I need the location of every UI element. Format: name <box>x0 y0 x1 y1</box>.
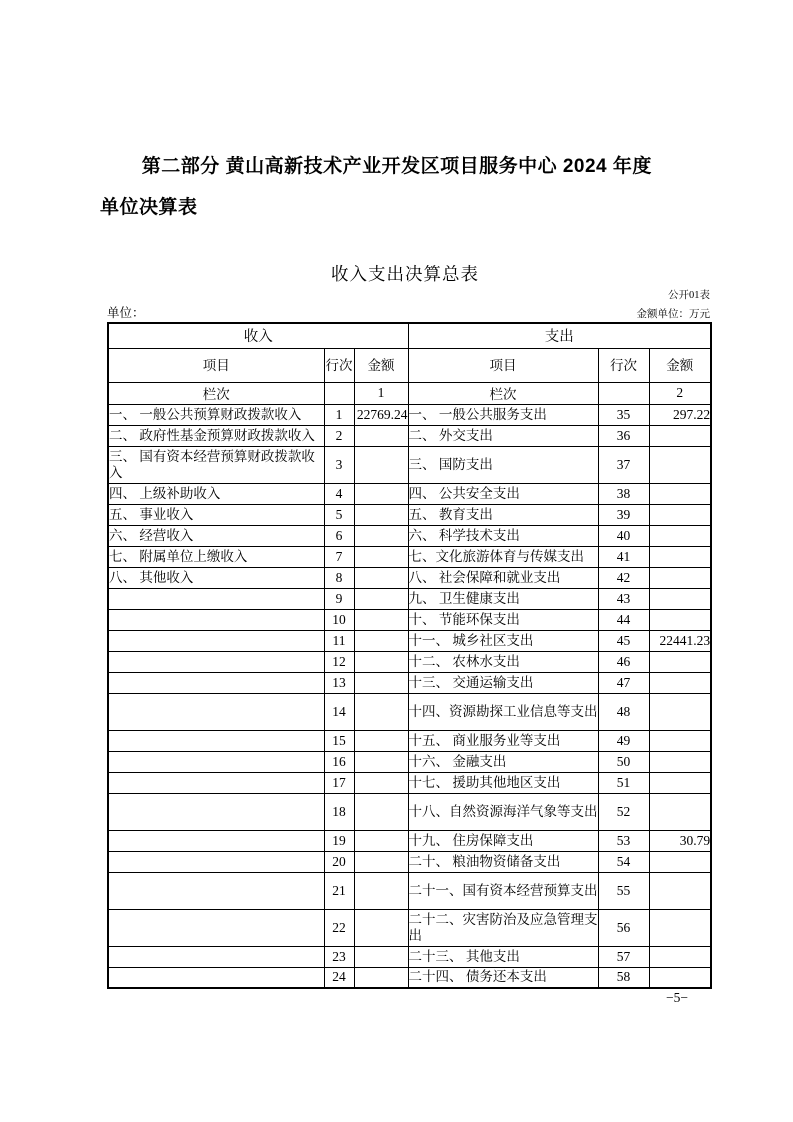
income-item-cell <box>108 693 324 730</box>
income-column-number: 1 <box>354 382 408 404</box>
income-item-cell <box>108 872 324 909</box>
income-item-cell: 六、 经营收入 <box>108 525 324 546</box>
expense-row-no-cell: 46 <box>598 651 649 672</box>
expense-row-no-cell: 44 <box>598 609 649 630</box>
income-amount-cell <box>354 525 408 546</box>
income-item-cell: 八、 其他收入 <box>108 567 324 588</box>
table-row: 9 九、 卫生健康支出 43 <box>108 588 711 609</box>
expense-item-cell: 二十二、灾害防治及应急管理支出 <box>408 909 598 946</box>
expense-amount-cell: 297.22 <box>649 404 711 425</box>
expense-row-no-cell: 51 <box>598 772 649 793</box>
expense-item-cell: 八、 社会保障和就业支出 <box>408 567 598 588</box>
income-amount-cell <box>354 730 408 751</box>
expense-row-no-cell: 45 <box>598 630 649 651</box>
income-column-index-label: 栏次 <box>108 382 324 404</box>
income-row-no-cell: 3 <box>324 446 354 483</box>
expense-amount-cell <box>649 851 711 872</box>
expense-item-cell: 二十一、国有资本经营预算支出 <box>408 872 598 909</box>
table-row: 10 十、 节能环保支出 44 <box>108 609 711 630</box>
income-row-no-cell: 18 <box>324 793 354 830</box>
expense-row-no-cell: 57 <box>598 946 649 967</box>
income-item-cell <box>108 651 324 672</box>
income-amount-cell <box>354 872 408 909</box>
income-item-cell <box>108 793 324 830</box>
expense-amount-cell <box>649 525 711 546</box>
income-amount-cell <box>354 946 408 967</box>
income-amount-cell <box>354 425 408 446</box>
expense-item-cell: 十九、 住房保障支出 <box>408 830 598 851</box>
expense-row-no-cell: 35 <box>598 404 649 425</box>
expense-item-cell: 二十、 粮油物资储备支出 <box>408 851 598 872</box>
table-row: 19 十九、 住房保障支出 53 30.79 <box>108 830 711 851</box>
expense-amount-cell <box>649 504 711 525</box>
expense-row-no-cell: 53 <box>598 830 649 851</box>
column-index-row: 栏次 1 栏次 2 <box>108 382 711 404</box>
expense-amount-cell <box>649 772 711 793</box>
table-body: 一、 一般公共预算财政拨款收入 1 22769.24 一、 一般公共服务支出 3… <box>108 404 711 988</box>
expense-row-no-cell: 49 <box>598 730 649 751</box>
income-item-cell <box>108 751 324 772</box>
expense-section-header: 支出 <box>408 323 711 348</box>
expense-column-number: 2 <box>649 382 711 404</box>
income-row-no-cell: 10 <box>324 609 354 630</box>
income-item-cell <box>108 672 324 693</box>
income-row-no-cell: 24 <box>324 967 354 988</box>
table-row: 11 十一、 城乡社区支出 45 22441.23 <box>108 630 711 651</box>
expense-item-cell: 四、 公共安全支出 <box>408 483 598 504</box>
expense-column-index-label: 栏次 <box>408 382 598 404</box>
expense-item-cell: 十八、自然资源海洋气象等支出 <box>408 793 598 830</box>
income-row-no-cell: 23 <box>324 946 354 967</box>
income-amount-header: 金额 <box>354 348 408 382</box>
expense-row-no-cell: 48 <box>598 693 649 730</box>
expense-amount-cell <box>649 872 711 909</box>
expense-row-no-cell: 52 <box>598 793 649 830</box>
income-amount-cell <box>354 609 408 630</box>
income-row-no-cell: 9 <box>324 588 354 609</box>
table-row: 三、 国有资本经营预算财政拨款收入 3 三、 国防支出 37 <box>108 446 711 483</box>
table-row: 24 二十四、 债务还本支出 58 <box>108 967 711 988</box>
table-row: 17 十七、 援助其他地区支出 51 <box>108 772 711 793</box>
income-amount-cell <box>354 672 408 693</box>
income-row-no-cell: 4 <box>324 483 354 504</box>
expense-amount-cell <box>649 793 711 830</box>
income-item-cell: 七、 附属单位上缴收入 <box>108 546 324 567</box>
income-row-no-cell: 19 <box>324 830 354 851</box>
income-amount-cell <box>354 651 408 672</box>
expense-item-cell: 十六、 金融支出 <box>408 751 598 772</box>
income-row-no-cell: 15 <box>324 730 354 751</box>
form-number-label: 公开01表 <box>100 287 710 302</box>
income-row-no-cell: 2 <box>324 425 354 446</box>
income-item-cell <box>108 630 324 651</box>
income-amount-cell <box>354 851 408 872</box>
expense-item-cell: 十四、资源勘探工业信息等支出 <box>408 693 598 730</box>
expense-amount-cell <box>649 946 711 967</box>
income-row-no-cell: 17 <box>324 772 354 793</box>
income-row-no-cell: 22 <box>324 909 354 946</box>
expense-item-cell: 十三、 交通运输支出 <box>408 672 598 693</box>
income-amount-cell <box>354 504 408 525</box>
income-amount-cell <box>354 793 408 830</box>
expense-amount-cell <box>649 693 711 730</box>
table-row: 五、 事业收入 5 五、 教育支出 39 <box>108 504 711 525</box>
income-item-cell <box>108 851 324 872</box>
expense-row-no-cell: 41 <box>598 546 649 567</box>
table-row: 一、 一般公共预算财政拨款收入 1 22769.24 一、 一般公共服务支出 3… <box>108 404 711 425</box>
expense-item-cell: 十一、 城乡社区支出 <box>408 630 598 651</box>
income-item-cell <box>108 609 324 630</box>
table-row: 六、 经营收入 6 六、 科学技术支出 40 <box>108 525 711 546</box>
expense-row-no-cell: 56 <box>598 909 649 946</box>
income-amount-cell <box>354 630 408 651</box>
income-row-no-cell: 14 <box>324 693 354 730</box>
table-row: 八、 其他收入 8 八、 社会保障和就业支出 42 <box>108 567 711 588</box>
table-title: 收入支出决算总表 <box>100 261 710 286</box>
income-amount-cell <box>354 446 408 483</box>
income-amount-cell <box>354 567 408 588</box>
expense-row-no-cell: 50 <box>598 751 649 772</box>
income-amount-cell <box>354 772 408 793</box>
income-item-cell: 二、 政府性基金预算财政拨款收入 <box>108 425 324 446</box>
income-row-no-cell: 6 <box>324 525 354 546</box>
expense-amount-cell <box>649 730 711 751</box>
income-amount-cell <box>354 967 408 988</box>
expense-item-cell: 二十三、 其他支出 <box>408 946 598 967</box>
income-row-no-cell: 1 <box>324 404 354 425</box>
table-row: 22 二十二、灾害防治及应急管理支出 56 <box>108 909 711 946</box>
expense-row-no-cell: 42 <box>598 567 649 588</box>
income-row-no-cell: 21 <box>324 872 354 909</box>
table-row: 14 十四、资源勘探工业信息等支出 48 <box>108 693 711 730</box>
income-item-cell <box>108 909 324 946</box>
expense-amount-cell <box>649 446 711 483</box>
income-amount-cell <box>354 830 408 851</box>
expense-amount-cell <box>649 651 711 672</box>
expense-item-cell: 十五、 商业服务业等支出 <box>408 730 598 751</box>
income-item-cell <box>108 830 324 851</box>
income-item-header: 项目 <box>108 348 324 382</box>
income-item-cell: 三、 国有资本经营预算财政拨款收入 <box>108 446 324 483</box>
amount-unit-label: 金额单位：万元 <box>100 306 710 321</box>
income-row-no-cell: 13 <box>324 672 354 693</box>
expense-amount-cell <box>649 546 711 567</box>
expense-item-cell: 十七、 援助其他地区支出 <box>408 772 598 793</box>
document-title-line2: 单位决算表 <box>100 187 690 228</box>
expense-item-header: 项目 <box>408 348 598 382</box>
expense-item-cell: 二十四、 债务还本支出 <box>408 967 598 988</box>
income-item-cell <box>108 967 324 988</box>
document-title: 第二部分 黄山高新技术产业开发区项目服务中心 2024 年度 单位决算表 <box>100 146 690 228</box>
expense-amount-cell <box>649 672 711 693</box>
income-row-no-blank <box>324 382 354 404</box>
expense-row-no-cell: 54 <box>598 851 649 872</box>
expense-amount-cell <box>649 751 711 772</box>
page-number: −5− <box>100 990 710 1006</box>
table-row: 四、 上级补助收入 4 四、 公共安全支出 38 <box>108 483 711 504</box>
expense-item-cell: 九、 卫生健康支出 <box>408 588 598 609</box>
income-amount-cell <box>354 909 408 946</box>
income-item-cell: 一、 一般公共预算财政拨款收入 <box>108 404 324 425</box>
expense-row-no-cell: 47 <box>598 672 649 693</box>
income-item-cell <box>108 946 324 967</box>
table-row: 12 十二、 农林水支出 46 <box>108 651 711 672</box>
income-amount-cell <box>354 546 408 567</box>
expense-amount-cell <box>649 483 711 504</box>
income-row-no-cell: 11 <box>324 630 354 651</box>
section-header-row: 收入 支出 <box>108 323 711 348</box>
expense-item-cell: 六、 科学技术支出 <box>408 525 598 546</box>
expense-row-no-header: 行次 <box>598 348 649 382</box>
expense-item-cell: 二、 外交支出 <box>408 425 598 446</box>
income-row-no-cell: 20 <box>324 851 354 872</box>
table-row: 二、 政府性基金预算财政拨款收入 2 二、 外交支出 36 <box>108 425 711 446</box>
income-expense-summary-table: 收入 支出 项目 行次 金额 项目 行次 金额 栏次 1 栏次 2 一、 一般公… <box>107 322 712 989</box>
income-row-no-cell: 5 <box>324 504 354 525</box>
income-row-no-cell: 7 <box>324 546 354 567</box>
income-row-no-cell: 16 <box>324 751 354 772</box>
expense-amount-cell <box>649 425 711 446</box>
expense-amount-cell <box>649 967 711 988</box>
column-header-row: 项目 行次 金额 项目 行次 金额 <box>108 348 711 382</box>
expense-amount-header: 金额 <box>649 348 711 382</box>
income-item-cell <box>108 772 324 793</box>
table-row: 21 二十一、国有资本经营预算支出 55 <box>108 872 711 909</box>
expense-item-cell: 十、 节能环保支出 <box>408 609 598 630</box>
income-amount-cell <box>354 751 408 772</box>
expense-row-no-cell: 58 <box>598 967 649 988</box>
expense-amount-cell: 22441.23 <box>649 630 711 651</box>
table-row: 18 十八、自然资源海洋气象等支出 52 <box>108 793 711 830</box>
income-row-no-header: 行次 <box>324 348 354 382</box>
table-row: 15 十五、 商业服务业等支出 49 <box>108 730 711 751</box>
expense-amount-cell <box>649 909 711 946</box>
income-item-cell: 五、 事业收入 <box>108 504 324 525</box>
expense-row-no-cell: 39 <box>598 504 649 525</box>
income-amount-cell: 22769.24 <box>354 404 408 425</box>
table-row: 七、 附属单位上缴收入 7 七、文化旅游体育与传媒支出 41 <box>108 546 711 567</box>
expense-item-cell: 七、文化旅游体育与传媒支出 <box>408 546 598 567</box>
income-row-no-cell: 8 <box>324 567 354 588</box>
expense-amount-cell <box>649 567 711 588</box>
expense-amount-cell <box>649 588 711 609</box>
income-row-no-cell: 12 <box>324 651 354 672</box>
expense-item-cell: 一、 一般公共服务支出 <box>408 404 598 425</box>
expense-row-no-cell: 55 <box>598 872 649 909</box>
expense-row-no-cell: 38 <box>598 483 649 504</box>
income-amount-cell <box>354 483 408 504</box>
expense-row-no-cell: 36 <box>598 425 649 446</box>
document-page: 第二部分 黄山高新技术产业开发区项目服务中心 2024 年度 单位决算表 收入支… <box>0 0 793 1122</box>
table-row: 20 二十、 粮油物资储备支出 54 <box>108 851 711 872</box>
income-amount-cell <box>354 588 408 609</box>
income-item-cell <box>108 730 324 751</box>
table-row: 13 十三、 交通运输支出 47 <box>108 672 711 693</box>
income-section-header: 收入 <box>108 323 408 348</box>
expense-amount-cell: 30.79 <box>649 830 711 851</box>
expense-row-no-cell: 43 <box>598 588 649 609</box>
income-item-cell: 四、 上级补助收入 <box>108 483 324 504</box>
expense-row-no-cell: 40 <box>598 525 649 546</box>
expense-row-no-cell: 37 <box>598 446 649 483</box>
income-amount-cell <box>354 693 408 730</box>
expense-item-cell: 五、 教育支出 <box>408 504 598 525</box>
income-item-cell <box>108 588 324 609</box>
table-row: 23 二十三、 其他支出 57 <box>108 946 711 967</box>
expense-item-cell: 三、 国防支出 <box>408 446 598 483</box>
expense-item-cell: 十二、 农林水支出 <box>408 651 598 672</box>
expense-amount-cell <box>649 609 711 630</box>
expense-row-no-blank <box>598 382 649 404</box>
document-title-line1: 第二部分 黄山高新技术产业开发区项目服务中心 2024 年度 <box>100 146 690 187</box>
table-row: 16 十六、 金融支出 50 <box>108 751 711 772</box>
